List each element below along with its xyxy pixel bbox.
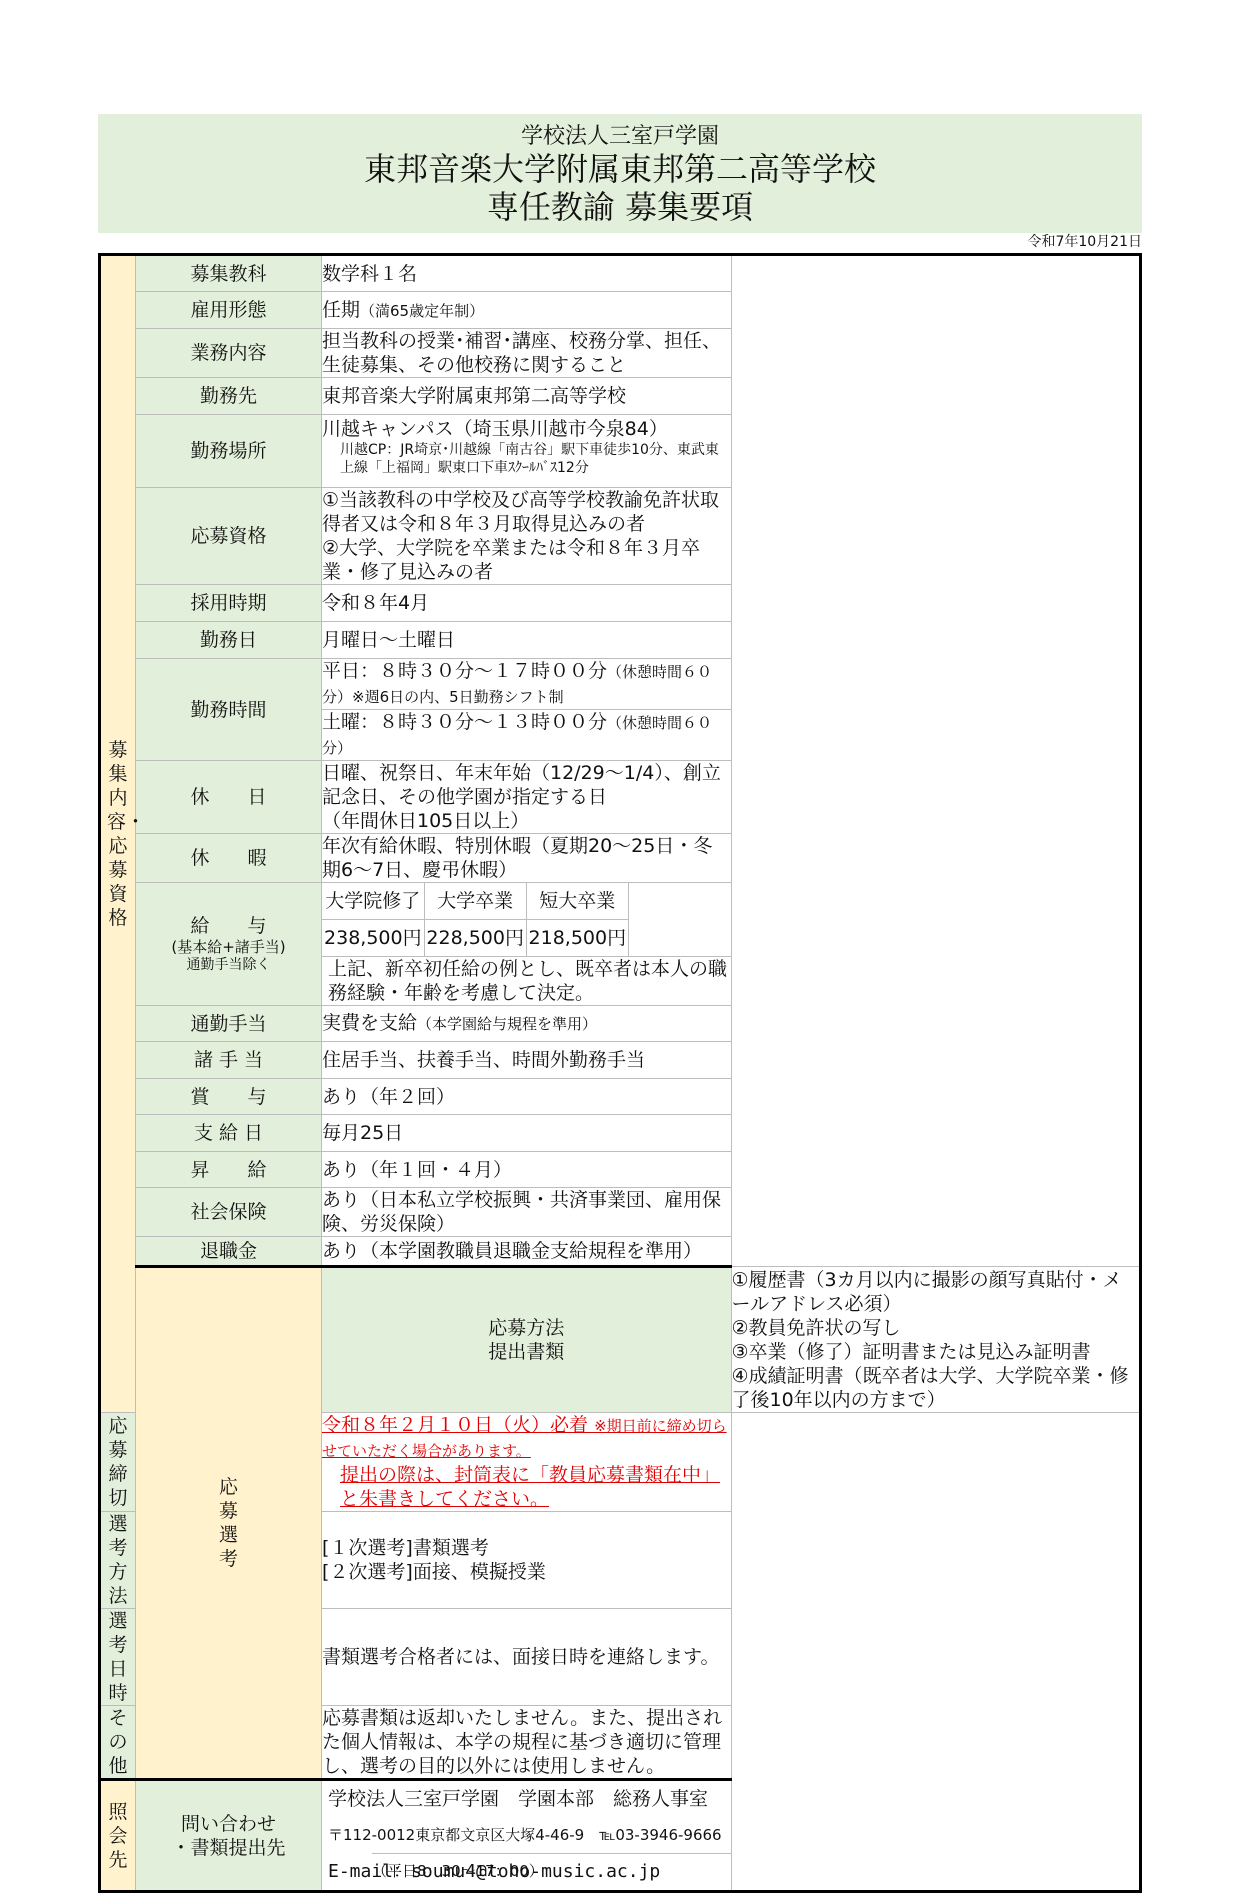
row-employment: 雇用形態 任期（満65歳定年制） [100, 292, 1141, 329]
label: 勤務日 [136, 622, 322, 659]
label: 休 暇 [136, 834, 322, 883]
value: 日曜、祝祭日、年末年始（12/29～1/4）、創立記念日、その他学園が指定する日… [322, 761, 732, 834]
row-workdays: 勤務日 月曜日～土曜日 [100, 622, 1141, 659]
page-title: 専任教諭 募集要項 [98, 188, 1142, 226]
value: 実費を支給（本学園給与規程を準用） [322, 1006, 732, 1042]
label: 賞 与 [136, 1079, 322, 1115]
row-bonus: 賞 与 あり（年２回） [100, 1079, 1141, 1115]
doc-item: ④成績証明書（既卒者は大学、大学院卒業・修了後10年以内の方まで） [732, 1364, 1140, 1412]
value: あり（日本私立学校振興・共済事業団、雇用保険、労災保険） [322, 1188, 732, 1237]
value: あり（年１回・４月） [322, 1152, 732, 1188]
salary-amount: 218,500円 [526, 920, 628, 957]
row-start: 採用時期 令和８年4月 [100, 585, 1141, 622]
label: 応募締切 [100, 1413, 136, 1512]
row-payday: 支 給 日 毎月25日 [100, 1115, 1141, 1152]
label: 問い合わせ ・書類提出先 [136, 1780, 322, 1892]
label: 給 与 (基本給+諸手当) 通勤手当除く [136, 883, 322, 1006]
value: 住居手当、扶養手当、時間外勤務手当 [322, 1042, 732, 1079]
envelope-instruction: 提出の際は、封筒表に「教員応募書類在中」と朱書きしてください。 [322, 1463, 731, 1511]
doc-item: ②教員免許状の写し [732, 1316, 1140, 1340]
section-recruit: 募集内容・応募資格 [100, 255, 136, 1413]
salary-header: 短大卒業 [526, 883, 628, 920]
value: 学校法人三室戸学園 学園本部 総務人事室 〒112-0012東京都文京区大塚4-… [322, 1780, 732, 1892]
row-salary: 給 与 (基本給+諸手当) 通勤手当除く 大学院修了 大学卒業 短大卒業 238… [100, 883, 1141, 1006]
label: 募集教科 [136, 255, 322, 292]
salary-amount: 228,500円 [424, 920, 526, 957]
value: 令和８年4月 [322, 585, 732, 622]
value: 任期（満65歳定年制） [322, 292, 732, 329]
label: 昇 給 [136, 1152, 322, 1188]
value: 担当教科の授業･補習･講座、校務分掌、担任、生徒募集、その他校務に関すること [322, 329, 732, 378]
row-insurance: 社会保険 あり（日本私立学校振興・共済事業団、雇用保険、労災保険） [100, 1188, 1141, 1237]
row-subject: 募集内容・応募資格 募集教科 数学科１名 [100, 255, 1141, 292]
label: その他 [100, 1706, 136, 1780]
label: 支 給 日 [136, 1115, 322, 1152]
row-leave: 休 暇 年次有給休暇、特別休暇（夏期20～25日・冬期6～7日、慶弔休暇） [100, 834, 1141, 883]
label: 選考方法 [100, 1512, 136, 1609]
row-contact: 照会先 問い合わせ ・書類提出先 学校法人三室戸学園 学園本部 総務人事室 〒1… [100, 1780, 1141, 1892]
value: [１次選考]書類選考 [２次選考]面接、模擬授業 [322, 1512, 732, 1609]
org-name: 学校法人三室戸学園 [98, 114, 1142, 150]
salary-header: 大学院修了 [322, 883, 424, 920]
value: 年次有給休暇、特別休暇（夏期20～25日・冬期6～7日、慶弔休暇） [322, 834, 732, 883]
label: 勤務時間 [136, 659, 322, 761]
value: あり（年２回） [322, 1079, 732, 1115]
doc-item: ③卒業（修了）証明書または見込み証明書 [732, 1340, 1140, 1364]
row-location: 勤務場所 川越キャンパス（埼玉県川越市今泉84） 川越CP：JR埼京･川越線「南… [100, 415, 1141, 488]
label: 通勤手当 [136, 1006, 322, 1042]
deadline-date: 令和８年２月１０日（火）必着 [322, 1414, 588, 1436]
label: 業務内容 [136, 329, 322, 378]
value: 数学科１名 [322, 255, 732, 292]
value: あり（本学園教職員退職金支給規程を準用） [322, 1237, 732, 1267]
contact-email[interactable]: E-mail：soumu4@toho-music.ac.jp [322, 1854, 731, 1890]
value: 毎月25日 [322, 1115, 732, 1152]
recruitment-table: 募集内容・応募資格 募集教科 数学科１名 雇用形態 任期（満65歳定年制） 業務… [98, 253, 1142, 1893]
label: 休 日 [136, 761, 322, 834]
document-header: 学校法人三室戸学園 東邦音楽大学附属東邦第二高等学校 専任教諭 募集要項 [98, 114, 1142, 233]
contact-address: 〒112-0012東京都文京区大塚4-46-9 ℡03-3946-9666（平日… [372, 1817, 731, 1854]
label: 応募資格 [136, 488, 322, 585]
salary-table-cell: 大学院修了 大学卒業 短大卒業 238,500円 228,500円 218,50… [322, 883, 732, 1006]
label: 採用時期 [136, 585, 322, 622]
row-duties: 業務内容 担当教科の授業･補習･講座、校務分掌、担任、生徒募集、その他校務に関す… [100, 329, 1141, 378]
doc-item: ①履歴書（3カ月以内に撮影の顔写真貼付・メールアドレス必須） [732, 1268, 1140, 1316]
label: 社会保険 [136, 1188, 322, 1237]
salary-table: 大学院修了 大学卒業 短大卒業 238,500円 228,500円 218,50… [322, 883, 731, 1005]
value: ①当該教科の中学校及び高等学校教諭免許状取得者又は令和８年３月取得見込みの者 ②… [322, 488, 732, 585]
row-hours-weekday: 勤務時間 平日：８時３０分～１７時００分（休憩時間６０分）※週6日の内、5日勤務… [100, 659, 1141, 710]
value: 書類選考合格者には、面接日時を連絡します。 [322, 1609, 732, 1706]
value: ①履歴書（3カ月以内に撮影の顔写真貼付・メールアドレス必須） ②教員免許状の写し… [731, 1267, 1141, 1413]
label: 諸 手 当 [136, 1042, 322, 1079]
section-apply: 応募選考 [136, 1267, 322, 1780]
value: 土曜：８時３０分～１３時００分（休憩時間６０分） [322, 710, 732, 761]
label: 退職金 [136, 1237, 322, 1267]
row-raise: 昇 給 あり（年１回・４月） [100, 1152, 1141, 1188]
section-contact: 照会先 [100, 1780, 136, 1892]
value: 平日：８時３０分～１７時００分（休憩時間６０分）※週6日の内、5日勤務シフト制 [322, 659, 732, 710]
value: 東邦音楽大学附属東邦第二高等学校 [322, 378, 732, 415]
salary-note: 上記、新卒初任給の例とし、既卒者は本人の職務経験・年齢を考慮して決定。 [322, 957, 731, 1006]
contact-office: 学校法人三室戸学園 学園本部 総務人事室 [322, 1781, 731, 1817]
value: 川越キャンパス（埼玉県川越市今泉84） 川越CP：JR埼京･川越線「南古谷」駅下… [322, 415, 732, 488]
salary-header: 大学卒業 [424, 883, 526, 920]
label: 選考日時 [100, 1609, 136, 1706]
row-holidays: 休 日 日曜、祝祭日、年末年始（12/29～1/4）、創立記念日、その他学園が指… [100, 761, 1141, 834]
row-allowances: 諸 手 当 住居手当、扶養手当、時間外勤務手当 [100, 1042, 1141, 1079]
value: 令和８年２月１０日（火）必着 ※期日前に締め切らせていただく場合があります。 提… [322, 1413, 732, 1512]
row-qualification: 応募資格 ①当該教科の中学校及び高等学校教諭免許状取得者又は令和８年３月取得見込… [100, 488, 1141, 585]
label: 応募方法 提出書類 [322, 1267, 732, 1413]
school-name: 東邦音楽大学附属東邦第二高等学校 [98, 150, 1142, 188]
value: 月曜日～土曜日 [322, 622, 732, 659]
row-commute: 通勤手当 実費を支給（本学園給与規程を準用） [100, 1006, 1141, 1042]
row-workplace: 勤務先 東邦音楽大学附属東邦第二高等学校 [100, 378, 1141, 415]
label: 勤務場所 [136, 415, 322, 488]
issue-date: 令和7年10月21日 [1027, 233, 1142, 251]
row-retirement: 退職金 あり（本学園教職員退職金支給規程を準用） [100, 1237, 1141, 1267]
label: 雇用形態 [136, 292, 322, 329]
row-method: 応募選考 応募方法 提出書類 ①履歴書（3カ月以内に撮影の顔写真貼付・メールアド… [100, 1267, 1141, 1413]
label: 勤務先 [136, 378, 322, 415]
value: 応募書類は返却いたしません。また、提出された個人情報は、本学の規程に基づき適切に… [322, 1706, 732, 1780]
salary-amount: 238,500円 [322, 920, 424, 957]
